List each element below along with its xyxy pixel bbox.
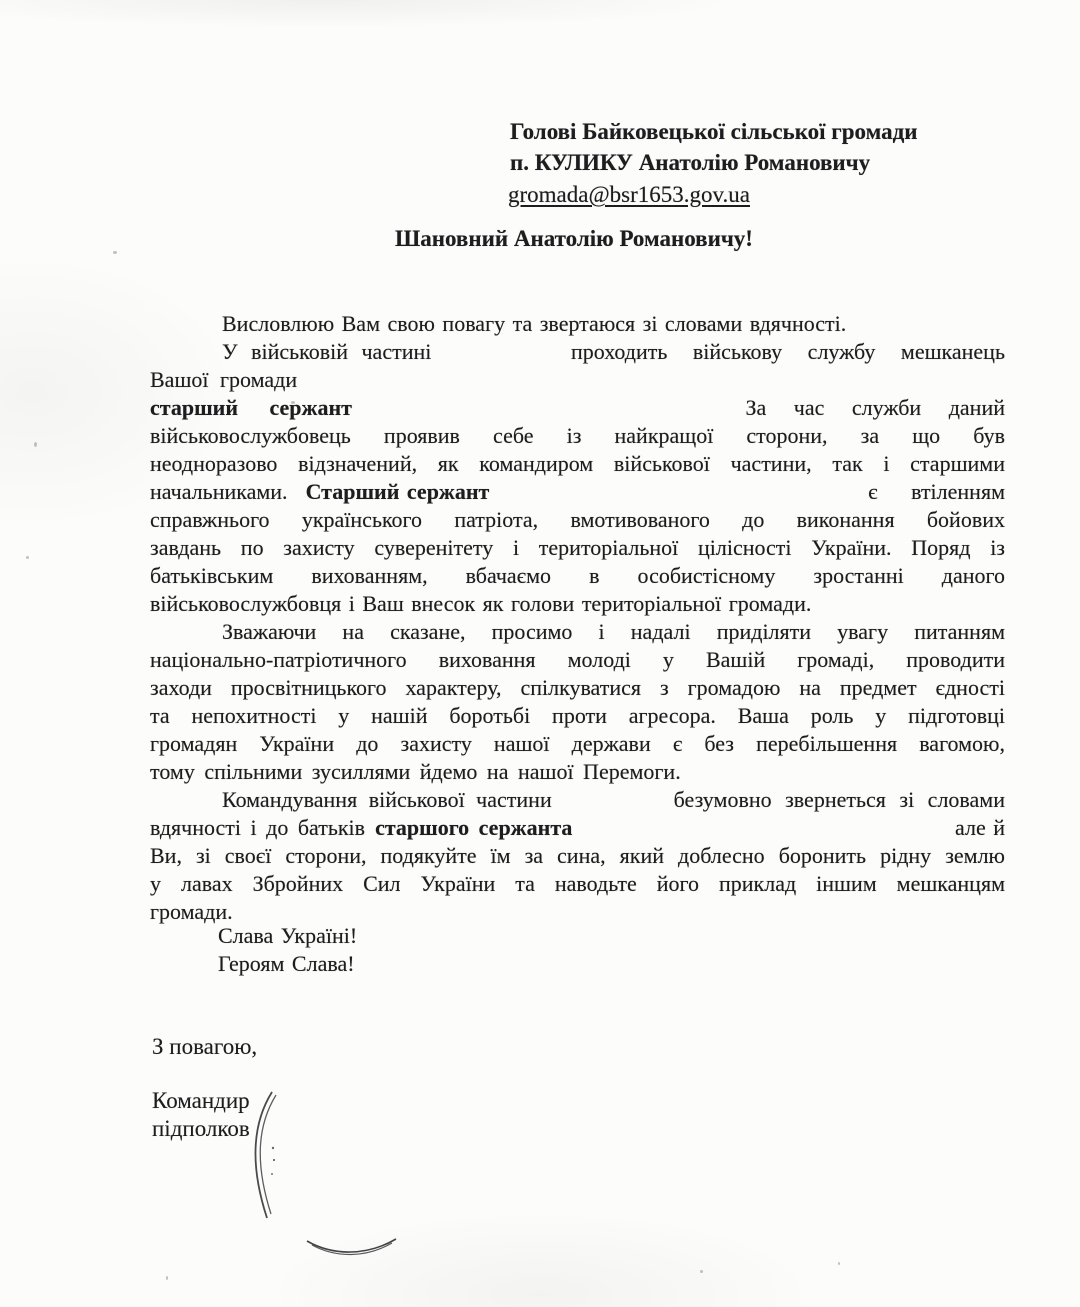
paragraph4-line2: вдячності і до батьківстаршого сержанта … [150, 815, 1005, 841]
paragraph1-line: Висловлюю Вам свою повагу та звертаюся з… [150, 311, 1005, 337]
rank-senior-sergeant-genitive: старшого сержанта [375, 815, 572, 840]
rank-senior-sergeant-bold: Старший сержант [306, 479, 490, 504]
scan-speck [34, 442, 37, 447]
scan-speck [26, 556, 29, 559]
paragraph2-line5: неодноразово відзначений, як командиром … [150, 451, 1005, 477]
paragraph3-line6: тому спільними зусиллями йдемо на нашої … [150, 759, 1005, 785]
signature-rank-partial: підполков [152, 1116, 250, 1142]
paragraph2-line4: військовослужбовець проявив себе із найк… [150, 423, 1005, 449]
recipient-email: gromada@bsr1653.gov.ua [508, 181, 978, 208]
slogan-heroiam-slava: Героям Слава! [150, 951, 1005, 977]
scan-speck [166, 1276, 168, 1280]
recipient-line-2: п. КУЛИКУ Анатолію Романовичу [510, 149, 980, 176]
paragraph3-line5: громадян України до захисту нашої держав… [150, 731, 1005, 757]
scan-speck [700, 1270, 703, 1273]
recipient-line-1: Голові Байковецької сільської громади [510, 118, 980, 145]
military-unit-phrase: У військовій частині [150, 339, 431, 365]
paragraph2-line1: У військовій частині проходить військову… [150, 339, 1005, 365]
paragraph3-line4: та непохитності у нашій боротьбі проти а… [150, 703, 1005, 729]
scan-speck [291, 401, 295, 404]
paragraph2-line2: Вашої громади [150, 367, 1005, 393]
scanned-letter-page: Голові Байковецької сільської громади п.… [0, 0, 1080, 1307]
paragraph3-line3: заходи просвітницького характеру, спілку… [150, 675, 1005, 701]
paragraph4-line1: Командування військової частини безумовн… [150, 787, 1005, 813]
salutation: Шановний Анатолію Романовичу! [395, 226, 753, 252]
scan-speck [838, 1262, 840, 1265]
signature-title-commander: Командир [152, 1088, 250, 1114]
paragraph4-line5: громади. [150, 899, 1005, 925]
paragraph2-line6: начальниками.Старший сержант є втіленням [150, 479, 1005, 505]
rank-senior-sergeant: старший сержант [150, 395, 352, 421]
paragraph2-line3: старший сержант За час служби даний [150, 395, 1005, 421]
paragraph2-line10: військовослужбовця і Ваш внесок як голов… [150, 591, 1005, 617]
paragraph4-line4: у лавах Збройних Сил України та наводьте… [150, 871, 1005, 897]
paragraph3-line1: Зважаючи на сказане, просимо і надалі пр… [150, 619, 1005, 645]
signature-regards: З повагою, [152, 1034, 257, 1060]
signature-stroke-horizontal [305, 1235, 399, 1261]
scan-speck [113, 251, 117, 254]
paragraph2-line7: справжнього українського патріота, вмоти… [150, 507, 1005, 533]
slogan-slava-ukraini: Слава Україні! [150, 923, 1005, 949]
paragraph3-line2: національно-патріотичного виховання моло… [150, 647, 1005, 673]
paragraph2-line8: завдань по захисту суверенітету і терито… [150, 535, 1005, 561]
signature-stroke-vertical [246, 1090, 280, 1222]
paragraph2-line9: батьківським вихованням, вбачаємо в особ… [150, 563, 1005, 589]
paragraph4-line3: Ви, зі своєї сторони, подякуйте їм за си… [150, 843, 1005, 869]
